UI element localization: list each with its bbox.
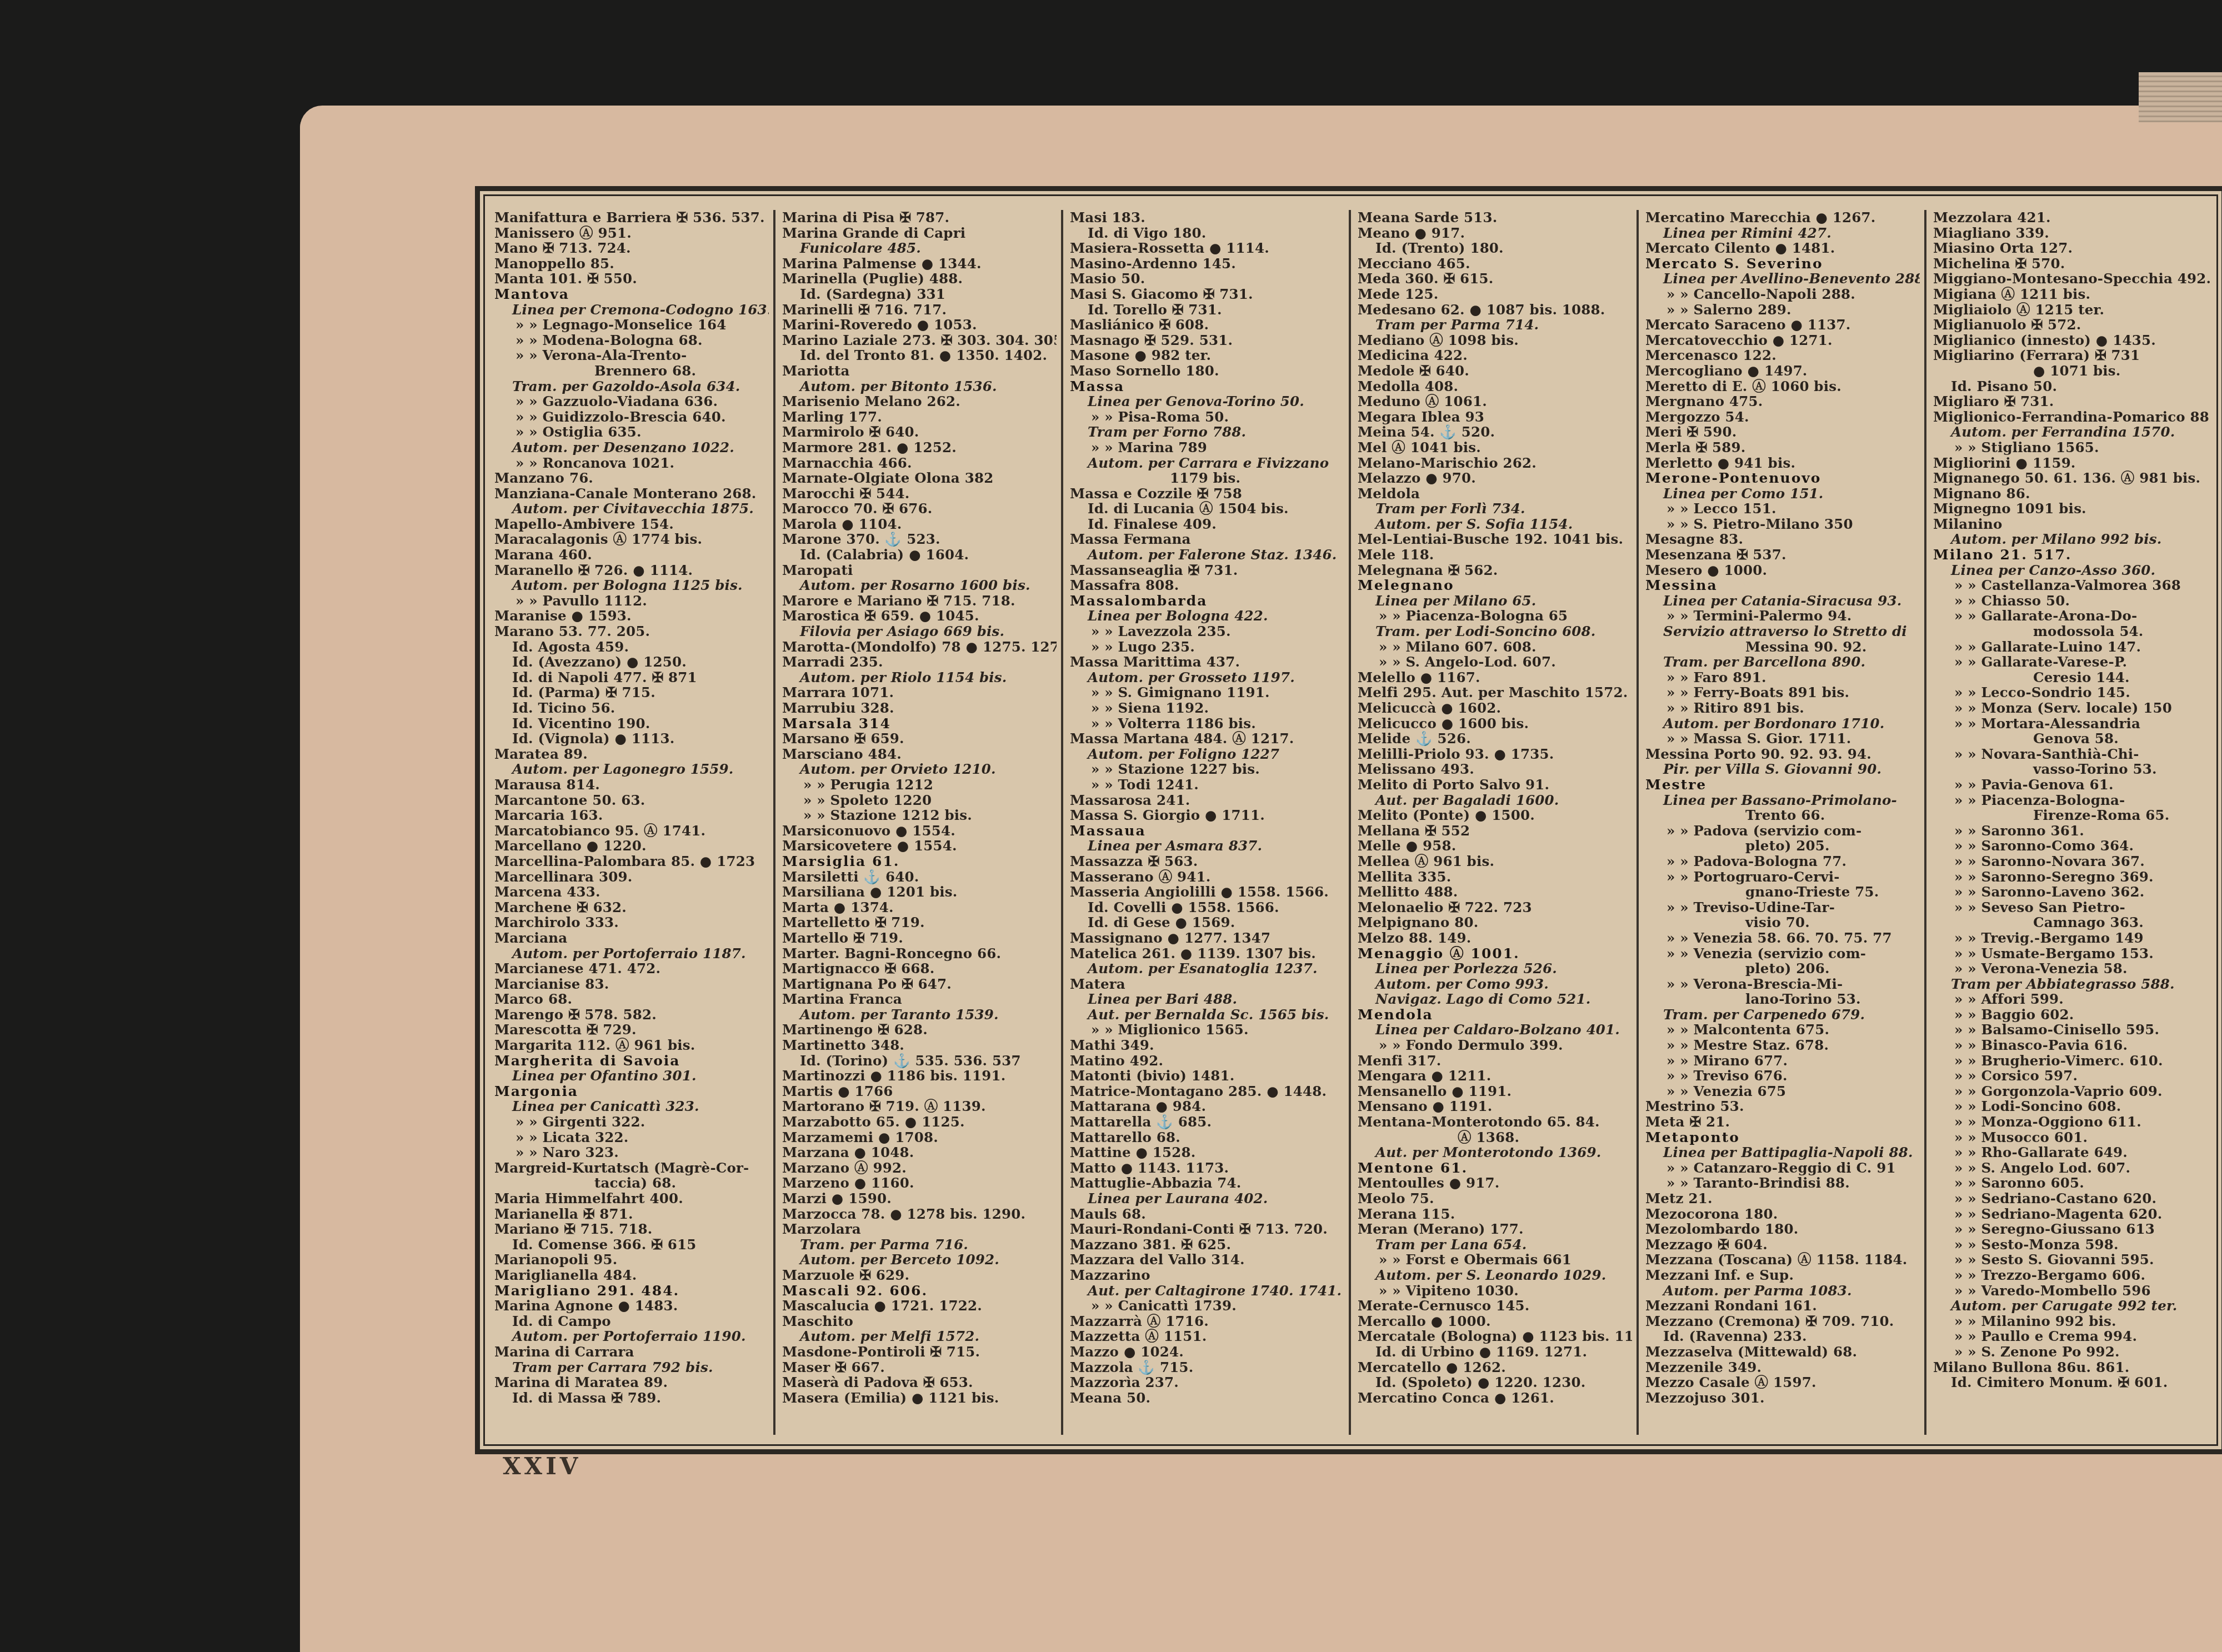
index-entry: Tram per Parma 714. xyxy=(1358,317,1632,333)
index-entry: Mesagne 83. xyxy=(1645,532,1920,547)
index-entry: Marcaria 163. xyxy=(494,808,769,823)
index-entry: Mergnano 475. xyxy=(1645,394,1920,409)
index-entry: Merletto ● 941 bis. xyxy=(1645,455,1920,471)
index-entry: » » Binasco-Pavia 616. xyxy=(1933,1038,2210,1053)
index-entry: Matonti (bivio) 1481. xyxy=(1070,1068,1344,1084)
index-entry: » » Miglionico 1565. xyxy=(1070,1022,1344,1038)
index-entry: Melzo 88. 149. xyxy=(1358,930,1632,946)
index-entry: » » Baggio 602. xyxy=(1933,1007,2210,1023)
index-entry: » » Fondo Dermulo 399. xyxy=(1358,1038,1632,1053)
index-entry: Mercogliano ● 1497. xyxy=(1645,363,1920,379)
index-entry: » » Trevig.-Bergamo 149 xyxy=(1933,930,2210,946)
index-entry: » » Saronno 605. xyxy=(1933,1175,2210,1191)
index-entry: » » Ritiro 891 bis. xyxy=(1645,700,1920,716)
index-entry: Mazzetta Ⓐ 1151. xyxy=(1070,1329,1344,1344)
index-entry: Autom. per Como 993. xyxy=(1358,977,1632,992)
index-entry: Marchene ✠ 632. xyxy=(494,900,769,915)
index-entry: Marausa 814. xyxy=(494,777,769,793)
index-entry: Marsiliana ● 1201 bis. xyxy=(782,884,1057,900)
index-entry: Marina Grande di Capri xyxy=(782,226,1057,241)
index-entry: Linea per Canicattì 323. xyxy=(494,1099,769,1114)
index-heading: Marigliano 291. 484. xyxy=(494,1283,769,1299)
index-entry: » » Faro 891. xyxy=(1645,670,1920,685)
index-entry: Marling 177. xyxy=(782,409,1057,425)
index-entry: Masino-Ardenno 145. xyxy=(1070,256,1344,272)
index-entry: Maso Sornello 180. xyxy=(1070,363,1344,379)
index-entry: » » Balsamo-Cinisello 595. xyxy=(1933,1022,2210,1038)
index-entry: Mattuglie-Abbazia 74. xyxy=(1070,1175,1344,1191)
index-entry: » » Gorgonzola-Vaprio 609. xyxy=(1933,1084,2210,1099)
index-entry: Autom. per Parma 1083. xyxy=(1645,1283,1920,1299)
index-entry: » » Gallarate-Varese-P. xyxy=(1933,654,2210,670)
index-entry: » » Saronno 361. xyxy=(1933,823,2210,839)
index-entry: Maratea 89. xyxy=(494,747,769,762)
index-entry: Id. Agosta 459. xyxy=(494,639,769,655)
index-entry: Id. (Torino) ⚓ 535. 536. 537 xyxy=(782,1053,1057,1069)
index-entry: Meolo 75. xyxy=(1358,1191,1632,1207)
index-entry: Marianopoli 95. xyxy=(494,1252,769,1268)
index-entry: Masi S. Giacomo ✠ 731. xyxy=(1070,287,1344,302)
index-heading: Massa xyxy=(1070,379,1344,394)
index-entry: Linea per Canzo-Asso 360. xyxy=(1933,563,2210,578)
index-entry: » » Guidizzolo-Brescia 640. xyxy=(494,409,769,425)
index-entry: Mattarello 68. xyxy=(1070,1130,1344,1145)
index-entry: Marina Palmense ● 1344. xyxy=(782,256,1057,272)
index-entry: Tram. per Carpenedo 679. xyxy=(1645,1007,1920,1023)
index-entry: » » Salerno 289. xyxy=(1645,302,1920,318)
index-entry: Masiera-Rossetta ● 1114. xyxy=(1070,241,1344,256)
index-entry: Mel-Lentiai-Busche 192. 1041 bis. xyxy=(1358,532,1632,547)
index-entry: » » Seveso San Pietro- xyxy=(1933,900,2210,915)
index-entry: » » Milano 607. 608. xyxy=(1358,639,1632,655)
index-entry: Marcianise 83. xyxy=(494,977,769,992)
index-entry: Masserano Ⓐ 941. xyxy=(1070,869,1344,885)
index-entry: » » Gallarate-Luino 147. xyxy=(1933,639,2210,655)
index-entry: » » Saronno-Como 364. xyxy=(1933,838,2210,854)
index-entry: Marnacchia 466. xyxy=(782,455,1057,471)
index-entry: » » Licata 322. xyxy=(494,1130,769,1145)
index-entry: Miglianuolo ✠ 572. xyxy=(1933,317,2210,333)
index-entry: » » Canicattì 1739. xyxy=(1070,1298,1344,1314)
index-entry: Id. Pisano 50. xyxy=(1933,379,2210,394)
index-entry: Trento 66. xyxy=(1645,808,1920,823)
index-heading: Marsala 314 xyxy=(782,716,1057,732)
index-entry: Marore e Mariano ✠ 715. 718. xyxy=(782,593,1057,609)
index-entry: Marocco 70. ✠ 676. xyxy=(782,501,1057,517)
index-entry: Meri ✠ 590. xyxy=(1645,424,1920,440)
index-entry: Messina 90. 92. xyxy=(1645,639,1920,655)
index-entry: Autom. per Civitavecchia 1875. xyxy=(494,501,769,517)
index-entry: » » Modena-Bologna 68. xyxy=(494,333,769,348)
index-entry: Tram per Lana 654. xyxy=(1358,1237,1632,1253)
index-entry: Tram. per Lodi-Soncino 608. xyxy=(1358,624,1632,639)
index-entry: Mezolombardo 180. xyxy=(1645,1222,1920,1237)
index-entry: Metz 21. xyxy=(1645,1191,1920,1207)
index-entry: Massarosa 241. xyxy=(1070,793,1344,808)
index-entry: Autom. per S. Leonardo 1029. xyxy=(1358,1268,1632,1283)
index-entry: Mauri-Rondani-Conti ✠ 713. 720. xyxy=(1070,1222,1344,1237)
index-entry: Id. (Trento) 180. xyxy=(1358,241,1632,256)
index-entry: Mecciano 465. xyxy=(1358,256,1632,272)
index-entry: Mezzenile 349. xyxy=(1645,1360,1920,1375)
index-entry: Id. di Napoli 477. ✠ 871 xyxy=(494,670,769,685)
index-entry: Milano Bullona 86u. 861. xyxy=(1933,1360,2210,1375)
index-entry: Autom. per Ferrandina 1570. xyxy=(1933,424,2210,440)
index-entry: Tram. per Barcellona 890. xyxy=(1645,654,1920,670)
index-entry: Meran (Merano) 177. xyxy=(1358,1222,1632,1237)
index-entry: » » Monza-Oggiono 611. xyxy=(1933,1114,2210,1130)
index-entry: Miglionico-Ferrandina-Pomarico 88 xyxy=(1933,409,2210,425)
index-entry: Marmore 281. ● 1252. xyxy=(782,440,1057,455)
index-entry: Migliarino (Ferrara) ✠ 731 xyxy=(1933,348,2210,363)
index-entry: Pir. per Villa S. Giovanni 90. xyxy=(1645,762,1920,777)
index-entry: Autom. per Esanatoglia 1237. xyxy=(1070,961,1344,977)
index-entry: Masdone-Pontiroli ✠ 715. xyxy=(782,1344,1057,1360)
index-entry: » » Malcontenta 675. xyxy=(1645,1022,1920,1038)
index-entry: » » S. Angelo-Lod. 607. xyxy=(1358,654,1632,670)
index-entry: » » Roncanova 1021. xyxy=(494,455,769,471)
index-entry: Manzano 76. xyxy=(494,470,769,486)
index-entry: Id. di Vigo 180. xyxy=(1070,226,1344,241)
index-entry: Id. Ticino 56. xyxy=(494,700,769,716)
index-column-4: Meana Sarde 513.Meano ● 917.Id. (Trento)… xyxy=(1351,210,1639,1435)
index-entry: Marcatobianco 95. Ⓐ 1741. xyxy=(494,823,769,839)
index-entry: » » Ferry-Boats 891 bis. xyxy=(1645,685,1920,700)
index-entry: Marzano Ⓐ 992. xyxy=(782,1160,1057,1176)
index-entry: » » Trezzo-Bergamo 606. xyxy=(1933,1268,2210,1283)
index-entry: Marola ● 1104. xyxy=(782,517,1057,532)
index-entry: Servizio attraverso lo Stretto di xyxy=(1645,624,1920,639)
index-entry: Melide ⚓ 526. xyxy=(1358,731,1632,747)
index-entry: Mazzano 381. ✠ 625. xyxy=(1070,1237,1344,1253)
index-entry: Brennero 68. xyxy=(494,363,769,379)
index-entry: Ⓐ 1368. xyxy=(1358,1130,1632,1145)
index-entry: » » Padova (servizio com- xyxy=(1645,823,1920,839)
index-columns: Manifattura e Barriera ✠ 536. 537.Maniss… xyxy=(488,210,2215,1435)
index-entry: Autom. per Portoferraio 1190. xyxy=(494,1329,769,1344)
index-entry: Martinetto 348. xyxy=(782,1038,1057,1053)
index-entry: Marsiconuovo ● 1554. xyxy=(782,823,1057,839)
index-entry: Mazzola ⚓ 715. xyxy=(1070,1360,1344,1375)
index-entry: ● 1071 bis. xyxy=(1933,363,2210,379)
index-heading: Mentone 61. xyxy=(1358,1160,1632,1176)
index-heading: Marsiglia 61. xyxy=(782,854,1057,869)
index-entry: Marradi 235. xyxy=(782,654,1057,670)
index-entry: » » Seregno-Giussano 613 xyxy=(1933,1222,2210,1237)
index-entry: Mestrino 53. xyxy=(1645,1099,1920,1114)
index-entry: » » Castellanza-Valmorea 368 xyxy=(1933,578,2210,593)
index-entry: Autom. per Carugate 992 ter. xyxy=(1933,1298,2210,1314)
index-entry: Id. di Urbino ● 1169. 1271. xyxy=(1358,1344,1632,1360)
index-entry: Marsciano 484. xyxy=(782,747,1057,762)
index-entry: » » Stazione 1212 bis. xyxy=(782,808,1057,823)
index-entry: Migliorini ● 1159. xyxy=(1933,455,2210,471)
index-entry: » » Monza (Serv. locale) 150 xyxy=(1933,700,2210,716)
index-entry: Maserà di Padova ✠ 653. xyxy=(782,1375,1057,1390)
index-entry: Meana Sarde 513. xyxy=(1358,210,1632,226)
index-entry: Maranello ✠ 726. ● 1114. xyxy=(494,563,769,578)
index-entry: » » Lecco-Sondrio 145. xyxy=(1933,685,2210,700)
index-entry: Aut. per Bagaladi 1600. xyxy=(1358,793,1632,808)
index-entry: Marescotta ✠ 729. xyxy=(494,1022,769,1038)
index-entry: Marinelli ✠ 716. 717. xyxy=(782,302,1057,318)
index-entry: » » Gazzuolo-Viadana 636. xyxy=(494,394,769,409)
index-entry: Marzi ● 1590. xyxy=(782,1191,1057,1207)
index-entry: pleto) 205. xyxy=(1645,838,1920,854)
index-entry: Masi 183. xyxy=(1070,210,1344,226)
index-entry: Firenze-Roma 65. xyxy=(1933,808,2210,823)
index-entry: Masseria Angiolilli ● 1558. 1566. xyxy=(1070,884,1344,900)
index-entry: Tram per Carrara 792 bis. xyxy=(494,1360,769,1375)
index-entry: Id. di Campo xyxy=(494,1314,769,1329)
index-entry: » » Stigliano 1565. xyxy=(1933,440,2210,455)
index-entry: Marciana xyxy=(494,930,769,946)
index-entry: Melfi 295. Aut. per Maschito 1572. xyxy=(1358,685,1632,700)
index-entry: Marnate-Olgiate Olona 382 xyxy=(782,470,1057,486)
index-entry: Mellitto 488. xyxy=(1358,884,1632,900)
index-heading: Mestre xyxy=(1645,777,1920,793)
index-entry: Mattine ● 1528. xyxy=(1070,1145,1344,1160)
index-entry: Autom. per Foligno 1227 xyxy=(1070,747,1344,762)
index-entry: Medicina 422. xyxy=(1358,348,1632,363)
index-entry: Miglianico (innesto) ● 1435. xyxy=(1933,333,2210,348)
index-entry: » » S. Zenone Po 992. xyxy=(1933,1344,2210,1360)
index-entry: Mediano Ⓐ 1098 bis. xyxy=(1358,333,1632,348)
index-entry: Marcellano ● 1220. xyxy=(494,838,769,854)
index-entry: Miasino Orta 127. xyxy=(1933,241,2210,256)
index-entry: » » Pavullo 1112. xyxy=(494,593,769,609)
index-entry: Autom. per Grosseto 1197. xyxy=(1070,670,1344,685)
index-entry: Massazza ✠ 563. xyxy=(1070,854,1344,869)
index-entry: Mezocorona 180. xyxy=(1645,1207,1920,1222)
index-entry: Marengo ✠ 578. 582. xyxy=(494,1007,769,1023)
index-entry: Melegnana ✠ 562. xyxy=(1358,563,1632,578)
index-entry: » » Gallarate-Arona-Do- xyxy=(1933,608,2210,624)
index-entry: Camnago 363. xyxy=(1933,915,2210,930)
index-entry: Marianella ✠ 871. xyxy=(494,1207,769,1222)
index-entry: » » Mortara-Alessandria xyxy=(1933,716,2210,732)
index-entry: Mattarella ⚓ 685. xyxy=(1070,1114,1344,1130)
index-entry: » » Todi 1241. xyxy=(1070,777,1344,793)
index-entry: Marcellina-Palombara 85. ● 1723 xyxy=(494,854,769,869)
index-entry: Mellana ✠ 552 xyxy=(1358,823,1632,839)
index-entry: Meda 360. ✠ 615. xyxy=(1358,271,1632,287)
index-entry: Mascalucia ● 1721. 1722. xyxy=(782,1298,1057,1314)
index-entry: Marsiletti ⚓ 640. xyxy=(782,869,1057,885)
index-entry: Melilli-Priolo 93. ● 1735. xyxy=(1358,747,1632,762)
index-entry: Meano ● 917. xyxy=(1358,226,1632,241)
index-entry: » » Taranto-Brindisi 88. xyxy=(1645,1175,1920,1191)
index-entry: Genova 58. xyxy=(1933,731,2210,747)
index-entry: Mazzarino xyxy=(1070,1268,1344,1283)
index-entry: Marina di Pisa ✠ 787. xyxy=(782,210,1057,226)
index-entry: Tram per Forno 788. xyxy=(1070,424,1344,440)
index-entry: Miagliano 339. xyxy=(1933,226,2210,241)
index-entry: » » Musocco 601. xyxy=(1933,1130,2210,1145)
index-entry: Filovia per Asiago 669 bis. xyxy=(782,624,1057,639)
index-entry: Marotta-(Mondolfo) 78 ● 1275. 1275bis xyxy=(782,639,1057,655)
index-entry: Mensano ● 1191. xyxy=(1358,1099,1632,1114)
index-entry: Linea per Caldaro-Bolzano 401. xyxy=(1358,1022,1632,1038)
index-entry: Marchirolo 333. xyxy=(494,915,769,930)
index-entry: Matto ● 1143. 1173. xyxy=(1070,1160,1344,1176)
index-entry: Id. di Gese ● 1569. xyxy=(1070,915,1344,930)
index-entry: Navigaz. Lago di Como 521. xyxy=(1358,992,1632,1007)
index-heading: Menaggio Ⓐ 1001. xyxy=(1358,946,1632,962)
index-entry: Autom. per Portoferraio 1187. xyxy=(494,946,769,962)
index-entry: Meldola xyxy=(1358,486,1632,502)
index-entry: Mathi 349. xyxy=(1070,1038,1344,1053)
index-entry: Marmirolo ✠ 640. xyxy=(782,424,1057,440)
index-entry: Milanino xyxy=(1933,517,2210,532)
index-entry: Manifattura e Barriera ✠ 536. 537. xyxy=(494,210,769,226)
index-entry: Marzuole ✠ 629. xyxy=(782,1268,1057,1283)
index-entry: Maser ✠ 667. xyxy=(782,1360,1057,1375)
index-heading: Massaua xyxy=(1070,823,1344,839)
index-entry: Marina Agnone ● 1483. xyxy=(494,1298,769,1314)
index-heading: Milano 21. 517. xyxy=(1933,547,2210,563)
index-entry: Mercatello ● 1262. xyxy=(1358,1360,1632,1375)
index-entry: Massa S. Giorgio ● 1711. xyxy=(1070,808,1344,823)
index-entry: Melpignano 80. xyxy=(1358,915,1632,930)
index-entry: Migiana Ⓐ 1211 bis. xyxy=(1933,287,2210,302)
index-entry: Tram. per Parma 716. xyxy=(782,1237,1057,1253)
index-entry: » » Sedriano-Castano 620. xyxy=(1933,1191,2210,1207)
index-entry: Massa Fermana xyxy=(1070,532,1344,547)
index-entry: Id. (Calabria) ● 1604. xyxy=(782,547,1057,563)
index-entry: Id. Torello ✠ 731. xyxy=(1070,302,1344,318)
index-entry: Id. di Lucania Ⓐ 1504 bis. xyxy=(1070,501,1344,517)
index-entry: Mazzara del Vallo 314. xyxy=(1070,1252,1344,1268)
index-entry: Marone 370. ⚓ 523. xyxy=(782,532,1057,547)
index-entry: Merla ✠ 589. xyxy=(1645,440,1920,455)
index-entry: Masera (Emilia) ● 1121 bis. xyxy=(782,1390,1057,1406)
index-entry: Linea per Bologna 422. xyxy=(1070,608,1344,624)
index-entry: Massa e Cozzile ✠ 758 xyxy=(1070,486,1344,502)
index-entry: Mentoulles ● 917. xyxy=(1358,1175,1632,1191)
index-entry: Melonaelio ✠ 722. 723 xyxy=(1358,900,1632,915)
index-entry: » » Siena 1192. xyxy=(1070,700,1344,716)
index-entry: Massignano ● 1277. 1347 xyxy=(1070,930,1344,946)
index-entry: Mercatino Marecchia ● 1267. xyxy=(1645,210,1920,226)
index-entry: » » Rho-Gallarate 649. xyxy=(1933,1145,2210,1160)
index-entry: Megara Iblea 93 xyxy=(1358,409,1632,425)
index-entry: Mezzana (Toscana) Ⓐ 1158. 1184. xyxy=(1645,1252,1920,1268)
index-entry: Marsicovetere ● 1554. xyxy=(782,838,1057,854)
index-entry: Linea per Battipaglia-Napoli 88. xyxy=(1645,1145,1920,1160)
index-entry: » » Sesto-Monza 598. xyxy=(1933,1237,2210,1253)
index-entry: » » Treviso-Udine-Tar- xyxy=(1645,900,1920,915)
index-entry: Id. (Vignola) ● 1113. xyxy=(494,731,769,747)
index-entry: Id. (Sardegna) 331 xyxy=(782,287,1057,302)
index-entry: taccia) 68. xyxy=(494,1175,769,1191)
index-entry: » » Lecco 151. xyxy=(1645,501,1920,517)
index-entry: Tram per Forlì 734. xyxy=(1358,501,1632,517)
index-entry: » » Corsico 597. xyxy=(1933,1068,2210,1084)
index-entry: Autom. per Taranto 1539. xyxy=(782,1007,1057,1023)
index-entry: Marrubiu 328. xyxy=(782,700,1057,716)
index-entry: Linea per Rimini 427. xyxy=(1645,226,1920,241)
index-entry: Id. Vicentino 190. xyxy=(494,716,769,732)
index-entry: » » S. Pietro-Milano 350 xyxy=(1645,517,1920,532)
index-entry: Maracalagonis Ⓐ 1774 bis. xyxy=(494,532,769,547)
index-column-3: Masi 183.Id. di Vigo 180.Masiera-Rossett… xyxy=(1063,210,1351,1435)
index-entry: Melicucco ● 1600 bis. xyxy=(1358,716,1632,732)
index-entry: Melicuccà ● 1602. xyxy=(1358,700,1632,716)
index-entry: Mercato Cilento ● 1481. xyxy=(1645,241,1920,256)
index-entry: Mercallo ● 1000. xyxy=(1358,1314,1632,1329)
index-heading: Metaponto xyxy=(1645,1130,1920,1145)
index-entry: Marzabotto 65. ● 1125. xyxy=(782,1114,1057,1130)
index-entry: Mattarana ● 984. xyxy=(1070,1099,1344,1114)
index-entry: » » Perugia 1212 xyxy=(782,777,1057,793)
index-heading: Messina xyxy=(1645,578,1920,593)
index-entry: Meta ✠ 21. xyxy=(1645,1114,1920,1130)
index-heading: Massalombarda xyxy=(1070,593,1344,609)
index-entry: Mesero ● 1000. xyxy=(1645,563,1920,578)
index-entry: Marini-Roveredo ● 1053. xyxy=(782,317,1057,333)
index-entry: Mignano 86. xyxy=(1933,486,2210,502)
index-entry: Migliaro ✠ 731. xyxy=(1933,394,2210,409)
index-entry: Massanseaglia ✠ 731. xyxy=(1070,563,1344,578)
index-entry: Marisenio Melano 262. xyxy=(782,394,1057,409)
index-entry: » » Saronno-Seregno 369. xyxy=(1933,869,2210,885)
index-entry: Medolla 408. xyxy=(1358,379,1632,394)
index-entry: Autom. per Orvieto 1210. xyxy=(782,762,1057,777)
index-entry: Id. (Spoleto) ● 1220. 1230. xyxy=(1358,1375,1632,1390)
index-entry: » » Stazione 1227 bis. xyxy=(1070,762,1344,777)
index-entry: Margarita 112. Ⓐ 961 bis. xyxy=(494,1038,769,1053)
index-entry: Mezzani Inf. e Sup. xyxy=(1645,1268,1920,1283)
index-entry: Maropati xyxy=(782,563,1057,578)
index-entry: Mazzorìa 237. xyxy=(1070,1375,1344,1390)
index-entry: Maria Himmelfahrt 400. xyxy=(494,1191,769,1207)
index-entry: visio 70. xyxy=(1645,915,1920,930)
index-entry: » » Naro 323. xyxy=(494,1145,769,1160)
index-entry: » » Spoleto 1220 xyxy=(782,793,1057,808)
index-entry: Martignacco ✠ 668. xyxy=(782,961,1057,977)
index-entry: » » Venezia (servizio com- xyxy=(1645,946,1920,962)
index-entry: Masnago ✠ 529. 531. xyxy=(1070,333,1344,348)
index-entry: » » Lodi-Soncino 608. xyxy=(1933,1099,2210,1114)
index-entry: Marsano ✠ 659. xyxy=(782,731,1057,747)
index-entry: » » Venezia 675 xyxy=(1645,1084,1920,1099)
index-entry: » » Massa S. Gior. 1711. xyxy=(1645,731,1920,747)
index-entry: Mezzano (Cremona) ✠ 709. 710. xyxy=(1645,1314,1920,1329)
index-entry: Martelletto ✠ 719. xyxy=(782,915,1057,930)
index-entry: Melito di Porto Salvo 91. xyxy=(1358,777,1632,793)
index-entry: Mede 125. xyxy=(1358,287,1632,302)
index-entry: Marcantone 50. 63. xyxy=(494,793,769,808)
index-entry: » » Verona-Brescia-Mi- xyxy=(1645,977,1920,992)
page-stack-edge xyxy=(2139,72,2222,122)
index-entry: Mignanego 50. 61. 136. Ⓐ 981 bis. xyxy=(1933,470,2210,486)
index-entry: Marzocca 78. ● 1278 bis. 1290. xyxy=(782,1207,1057,1222)
index-entry: Mauls 68. xyxy=(1070,1207,1344,1222)
index-entry: Marrara 1071. xyxy=(782,685,1057,700)
index-entry: Linea per Bassano-Primolano- xyxy=(1645,793,1920,808)
index-entry: » » Brugherio-Vimerc. 610. xyxy=(1933,1053,2210,1069)
index-entry: Id. Comense 366. ✠ 615 xyxy=(494,1237,769,1253)
index-entry: » » Verona-Venezia 58. xyxy=(1933,961,2210,977)
index-entry: Melito (Ponte) ● 1500. xyxy=(1358,808,1632,823)
index-entry: Marcena 433. xyxy=(494,884,769,900)
index-entry: » » Paullo e Crema 994. xyxy=(1933,1329,2210,1344)
index-entry: » » Forst e Obermais 661 xyxy=(1358,1252,1632,1268)
index-entry: Mentana-Monterotondo 65. 84. xyxy=(1358,1114,1632,1130)
index-entry: Autom. per Falerone Staz. 1346. xyxy=(1070,547,1344,563)
index-entry: Mercatino Conca ● 1261. xyxy=(1358,1390,1632,1406)
